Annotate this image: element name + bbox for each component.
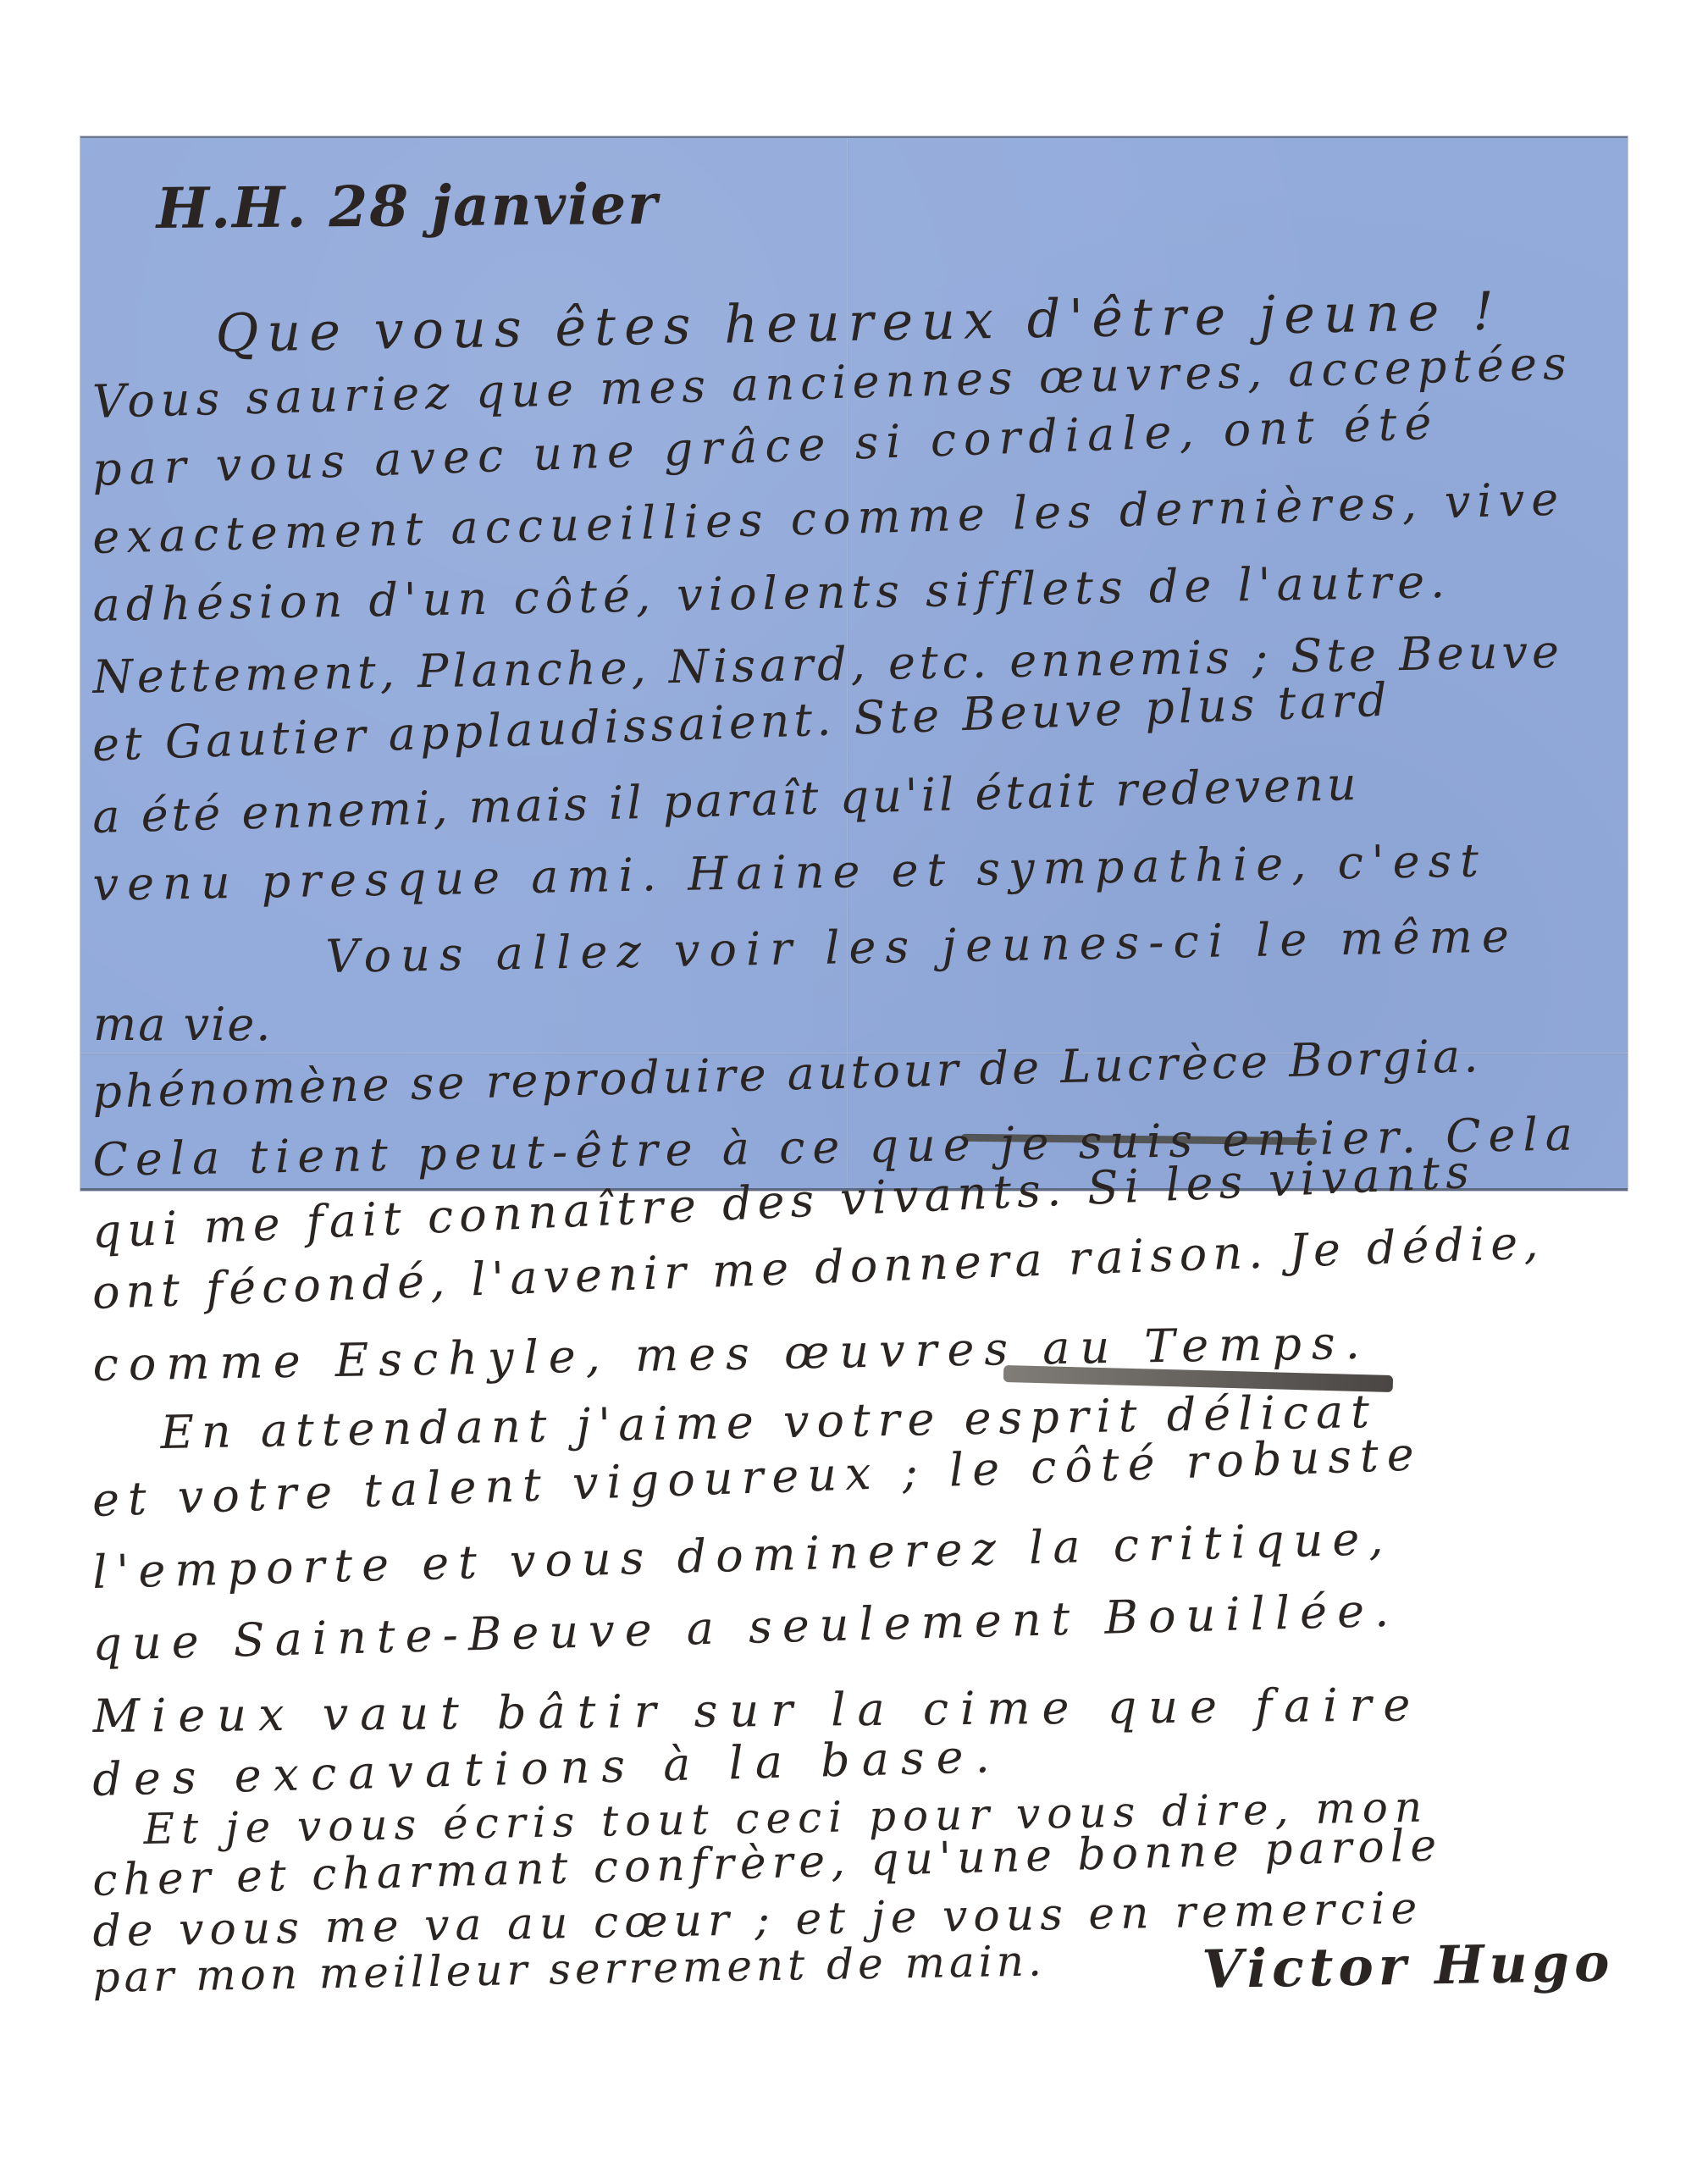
letter-line: que Sainte-Beuve a seulement Bouillée. (92, 1588, 1400, 1667)
letter-line: Vous allez voir les jeunes-ci le même (325, 913, 1518, 980)
letter-line: venu presque ami. Haine et sympathie, c'… (92, 838, 1487, 908)
letter-line: Mieux vaut bâtir sur la cime que faire (93, 1682, 1423, 1739)
letter-line: adhésion d'un côté, violents sifflets de… (92, 559, 1451, 628)
letter-line: exactement accueillies comme les dernièr… (92, 476, 1566, 561)
letter-line: a été ennemi, mais il paraît qu'il était… (92, 761, 1361, 840)
signature: Victor Hugo (1202, 1937, 1615, 1996)
letter-paper: H.H. 28 janvier Que vous êtes heureux d'… (80, 136, 1628, 1191)
letter-line: l'emporte et vous dominerez la critique, (92, 1516, 1393, 1596)
letter-line: ma vie. (93, 1002, 272, 1048)
letter-date-header: H.H. 28 janvier (156, 176, 659, 236)
letter-line: phénomène se reproduire autour de Lucrèc… (92, 1033, 1482, 1115)
